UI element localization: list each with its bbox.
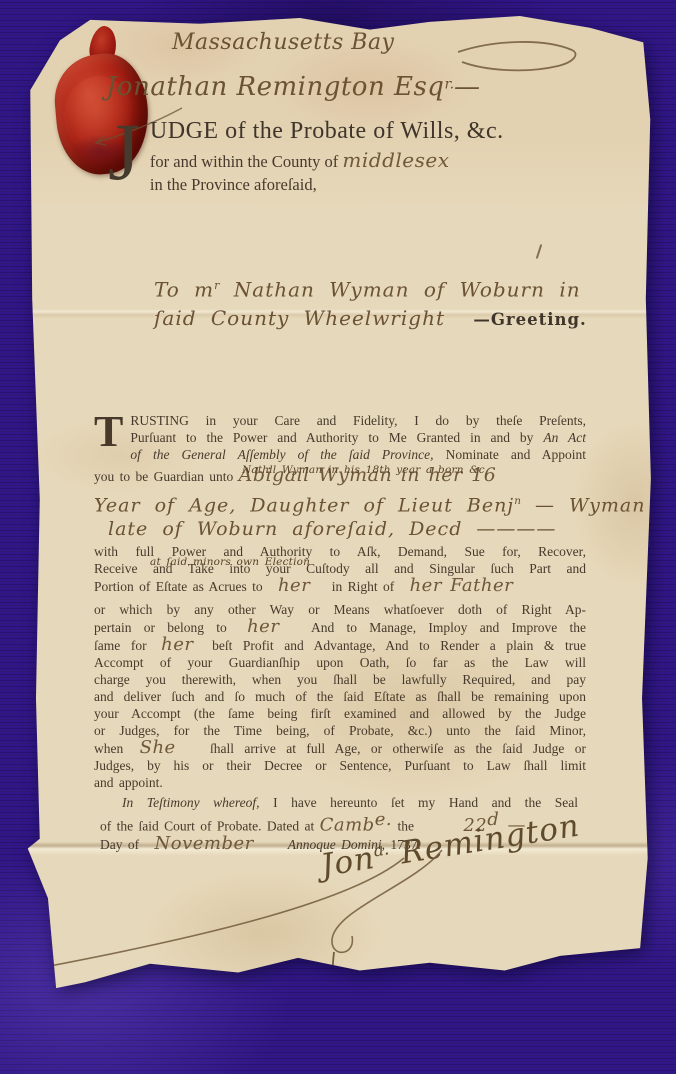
body1-line2-roman: Purſuant to the Power and Authority to M… [130, 430, 543, 445]
body2-line3-printed1: ſame for [94, 638, 157, 653]
body2-line3-printed2: beſt Profit and Advantage, And to Render… [202, 638, 586, 653]
heading-line2: for and within the County of middlesex [108, 148, 594, 172]
salutation-greeting-printed: —Greeting. [473, 310, 586, 329]
ward-age-text: Year of Age, Daughter of Lieut Benj [94, 494, 514, 516]
body1-line3: of the General Aſſembly of the ſaid Prov… [94, 446, 586, 463]
handwritten-place-superscript: e. [375, 809, 392, 830]
body2-line6: and deliver ſuch and ſo much of the ſaid… [94, 688, 586, 705]
body1-line4-printed: you to be Guardian unto [94, 469, 239, 484]
salutation-line2-handwritten: ſaid County Wheelwright [154, 306, 445, 330]
handwritten-line-age: Year of Age, Daughter of Lieut Benjn — W… [94, 489, 586, 517]
handwritten-judge-name: Jonathan Remington Esq [106, 72, 444, 102]
body2-line9-printed1: when [94, 741, 134, 756]
testimony-line1-roman: I have hereunto ſet my Hand and the Seal [260, 795, 579, 810]
stray-ink-mark [536, 244, 543, 259]
document-paper: Massachusetts Bay Jonathan Remington Esq… [24, 16, 654, 992]
salutation-line1-pre: To m [154, 278, 214, 302]
testimony-line1: In Teſtimony whereof, I have hereunto ſe… [100, 794, 578, 811]
heading-dropcap: J [108, 122, 140, 181]
body2-line2-printed1: pertain or belong to [94, 620, 239, 635]
body1-dropcap: T [94, 414, 123, 449]
body1-line1: RUSTING in your Care and Fidelity, I do … [94, 412, 586, 429]
body1-line2: Purſuant to the Power and Authority to M… [94, 429, 586, 446]
handwritten-fill-her: her [278, 575, 310, 596]
body-paragraph-1: Nathll Wyman in his 18th year a born &c … [94, 412, 586, 595]
judge-name-superscript: r. [444, 77, 454, 93]
testimony-line1-italic: In Teſtimony whereof, [122, 795, 260, 810]
heading-title: UDGE of the Probate of Wills, &c. [108, 118, 594, 145]
body2-line10: Judges, by his or their Decree or Senten… [94, 757, 586, 774]
handwritten-line-residence: late of Woburn aforeſaid, Decd ———— [108, 517, 586, 541]
handwritten-judge-name-line: Jonathan Remington Esqr.— [106, 72, 481, 102]
body2-line1: or which by any other Way or Means whatſ… [94, 601, 586, 618]
body1-line9: Portion of Eſtate as Acrues to her in Ri… [94, 577, 586, 595]
interlined-handwriting-above: Nathll Wyman in his 18th year a born &c [242, 462, 485, 479]
body1-line3-italic: of the General Aſſembly of the ſaid Prov… [130, 447, 433, 462]
body2-line5: charge you therewith, when you ſhall be … [94, 671, 586, 688]
document-paper-wrap: Massachusetts Bay Jonathan Remington Esq… [24, 16, 654, 992]
father-name-superscript: n [514, 495, 521, 507]
document-heading: J UDGE of the Probate of Wills, &c. for … [108, 118, 594, 195]
signature-flourish [34, 840, 464, 990]
body1-line2-italic: An Act [543, 430, 586, 445]
handwritten-province: Massachusetts Bay [172, 30, 394, 55]
handwritten-fill-her-2: her [247, 616, 279, 637]
body-paragraph-2: or which by any other Way or Means whatſ… [94, 601, 586, 791]
body2-line9: when She ſhall arrive at full Age, or ot… [94, 739, 586, 757]
body2-line7: your Accompt (the ſame being firſt exami… [94, 705, 586, 722]
scanned-photo-background: { "page": { "background_color": "#31168a… [0, 0, 676, 1074]
testimony-line2-printed: of the ſaid Court of Probate. Dated at [100, 819, 320, 834]
salutation-line1-rest: Nathan Wyman of Woburn in [219, 278, 580, 302]
handwritten-fill-her-father: her Father [410, 575, 514, 596]
body2-line11: and appoint. [94, 774, 586, 791]
handwritten-county: middlesex [342, 148, 449, 172]
body2-line2-printed2: And to Manage, Imploy and Improve the [299, 620, 586, 635]
body1-line9-printed2: in Right of [326, 579, 399, 594]
heading-line2-printed: for and within the County of [150, 152, 338, 171]
body2-line9-printed2: ſhall arrive at full Age, or otherwiſe a… [200, 741, 586, 756]
salutation: To mr Nathan Wyman of Woburn in ſaid Cou… [154, 274, 587, 332]
judge-name-dash: — [454, 72, 481, 102]
body1-line3-roman: Nominate and Appoint [434, 447, 586, 462]
heading-line3: in the Province aforeſaid, [108, 175, 594, 195]
handwritten-fill-she: She [140, 737, 176, 758]
body2-line4: Accompt of your Guardianſhip upon Oath, … [94, 654, 586, 671]
body1-line9-printed1: Portion of Eſtate as Acrues to [94, 579, 268, 594]
father-surname: — Wyman [521, 494, 646, 516]
testimony-line2-the: the [392, 819, 419, 834]
body2-line3: ſame for her beſt Profit and Advantage, … [94, 636, 586, 654]
handwritten-place: Camb [320, 815, 375, 836]
interlined-handwriting-below: at ſaid minors own Election [150, 554, 310, 571]
handwritten-fill-her-3: her [161, 634, 193, 655]
